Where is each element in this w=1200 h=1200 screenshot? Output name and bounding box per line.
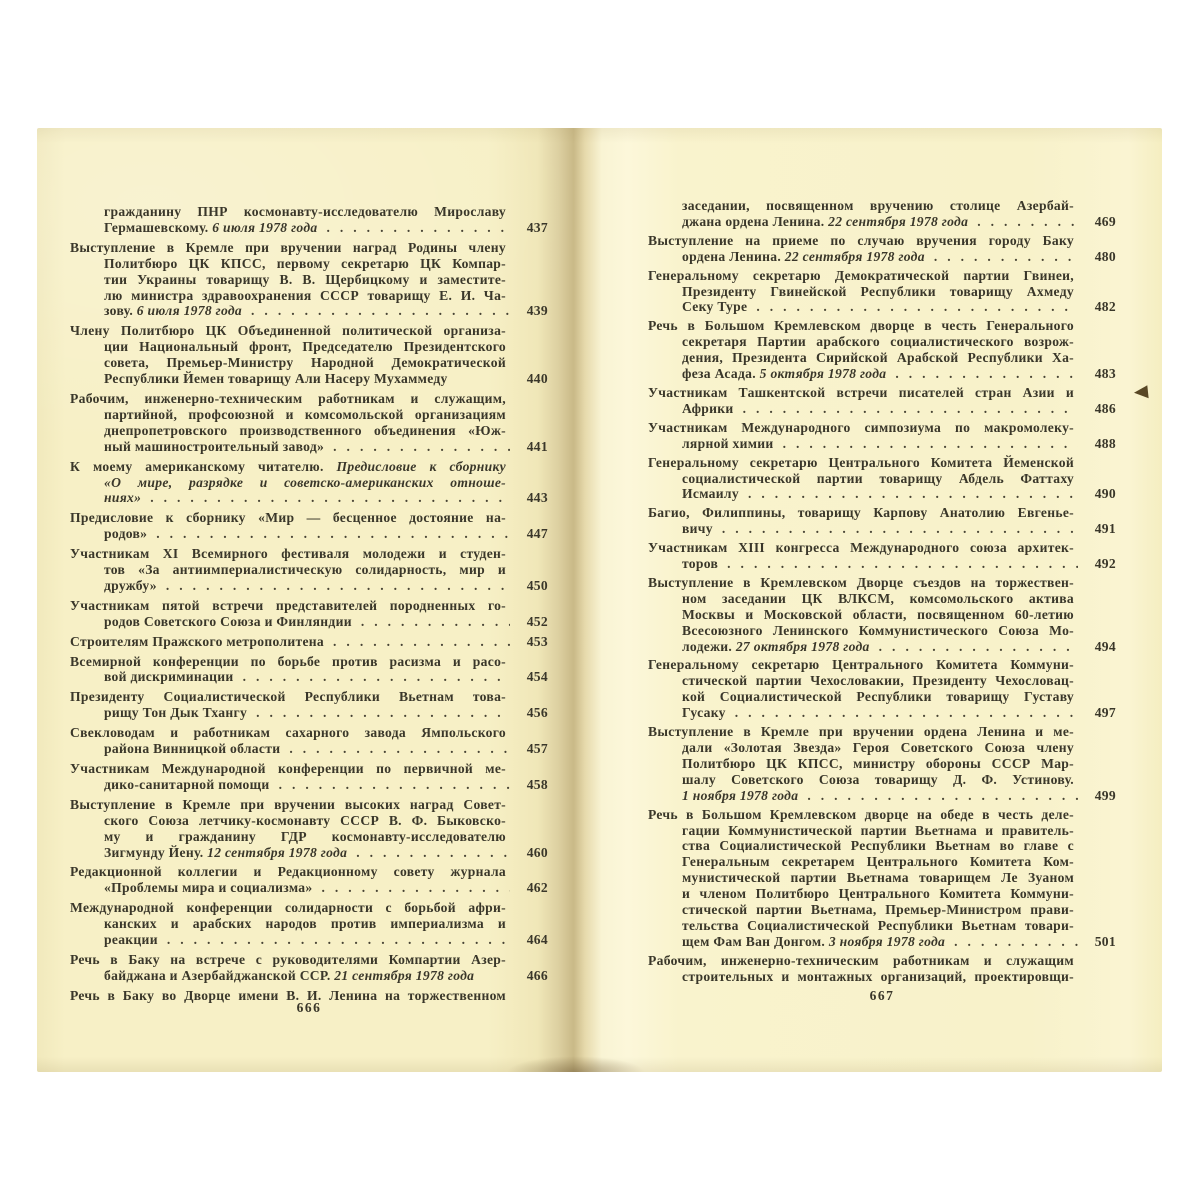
toc-line: ства Социалистической Республики Вьетнам…	[682, 838, 1074, 854]
toc-line: гражданину ПНР космонавту-исследователю …	[104, 204, 506, 220]
toc-line: стической партии Чехословакии, Президент…	[682, 673, 1074, 689]
toc-line: социалистической партии товарищу Абдель …	[682, 471, 1074, 487]
text-segment: Гусаку	[682, 705, 726, 720]
toc-page-ref: 450	[512, 578, 548, 594]
toc-line: Выступление в Кремле при вручении высоки…	[104, 797, 506, 813]
toc-page-ref: 486	[1080, 401, 1116, 417]
toc-line: родов Советского Союза и Финляндии......…	[104, 614, 548, 630]
toc-line: партийной, профсоюзной и комсомольской о…	[104, 407, 506, 423]
text-segment: Рабочим, инженерно-техническим работника…	[648, 953, 1074, 968]
toc-entry: Рабочим, инженерно-техническим работника…	[70, 391, 548, 455]
dot-leader: ..................................	[977, 214, 1078, 230]
toc-line: Москвы и Московской области, посвященном…	[682, 607, 1074, 623]
toc-line-text: родов»	[104, 526, 147, 542]
toc-entry: Выступление в Кремле при вручении наград…	[70, 240, 548, 320]
toc-line: Участникам Международного симпозиума по …	[682, 420, 1074, 436]
toc-line: Выступление в Кремле при вручении наград…	[104, 240, 506, 256]
text-segment: «Проблемы мира и социализма»	[104, 880, 313, 895]
toc-line: торов..................................4…	[682, 556, 1116, 572]
italic-segment: 3 ноября 1978 года	[829, 934, 945, 949]
dot-leader: ..................................	[156, 526, 510, 542]
toc-line: тии Украины товарищу В. В. Щербицкому и …	[104, 272, 506, 288]
toc-page-ref: 466	[512, 968, 548, 984]
toc-page-ref: 490	[1080, 486, 1116, 502]
toc-line: му и гражданину ГДР космонавту-исследова…	[104, 829, 506, 845]
toc-entry: Выступление в Кремле при вручении ордена…	[648, 724, 1116, 804]
text-segment: ордена Ленина.	[682, 249, 785, 264]
toc-line: Зигмунду Йену. 12 сентября 1978 года....…	[104, 845, 548, 861]
text-segment: вичу	[682, 521, 713, 536]
text-segment: Выступление в Кремлевском Дворце съездов…	[648, 575, 1074, 590]
toc-page-ref: 460	[512, 845, 548, 861]
toc-line: Республики Йемен товарищу Али Насеру Мух…	[104, 371, 548, 387]
dot-leader: ..................................	[326, 220, 510, 236]
text-segment: Редакционной коллегии и Редакционному со…	[70, 864, 506, 879]
toc-line-text: реакции	[104, 932, 158, 948]
toc-entry: Строителям Пражского метрополитена......…	[70, 634, 548, 650]
toc-line: Политбюро ЦК КПСС, первому секретарю ЦК …	[104, 256, 506, 272]
text-segment: родов Советского Союза и Финляндии	[104, 614, 352, 629]
text-segment: ства Социалистической Республики Вьетнам…	[682, 838, 1074, 853]
text-segment: К моему американскому читателю.	[70, 459, 337, 474]
text-segment: социалистической партии товарищу Абдель …	[682, 471, 1074, 486]
text-segment: строительных и монтажных организаций, пр…	[682, 969, 1074, 984]
dot-leader: ..................................	[783, 436, 1078, 452]
toc-line: тельства Социалистической Республики Вье…	[682, 918, 1074, 934]
scan-background: { "colors": { "paper": "#f7f0c6", "ink":…	[0, 0, 1200, 1200]
toc-entry: Генеральному секретарю Центрального Коми…	[648, 657, 1116, 721]
toc-page-ref: 443	[512, 490, 548, 506]
text-segment: Исмаилу	[682, 486, 739, 501]
toc-left-page: гражданину ПНР космонавту-исследователю …	[70, 204, 548, 1004]
text-segment: совета, Премьер-Министру Народной Демокр…	[104, 355, 506, 370]
toc-line-text: лодежи. 27 октября 1978 года	[682, 639, 870, 655]
italic-segment: ниях»	[104, 490, 141, 505]
toc-entry: Участникам XI Всемирного фестиваля молод…	[70, 546, 548, 594]
toc-line: вичу..................................49…	[682, 521, 1116, 537]
text-segment: днепропетровского производственного объе…	[104, 423, 506, 438]
toc-entry: Участникам пятой встречи представителей …	[70, 598, 548, 630]
toc-line: тов «За антиимпериалистическую солидарно…	[104, 562, 506, 578]
toc-line: мунистической партии Вьетнама товарищем …	[682, 870, 1074, 886]
toc-line-text: 1 ноября 1978 года	[682, 788, 798, 804]
toc-page-ref: 488	[1080, 436, 1116, 452]
toc-line: секретаря Партии арабского социалистичес…	[682, 334, 1074, 350]
text-segment: лю министра здравоохранения СССР товарищ…	[104, 288, 506, 303]
toc-entry: Члену Политбюро ЦК Объединенной политиче…	[70, 323, 548, 387]
toc-line: «О мире, разрядке и советско-американски…	[104, 475, 506, 491]
italic-segment: 22 сентября 1978 года	[828, 214, 968, 229]
toc-page-ref: 458	[512, 777, 548, 793]
toc-entry: Свекловодам и работникам сахарного завод…	[70, 725, 548, 757]
text-segment: Выступление в Кремле при вручении ордена…	[648, 724, 1074, 739]
text-segment: Багио, Филиппины, товарищу Карпову Анато…	[648, 505, 1074, 520]
text-segment: щем Фам Ван Донгом.	[682, 934, 829, 949]
text-segment: байджана и Азербайджанской ССР.	[104, 968, 334, 983]
text-segment: дали «Золотая Звезда» Героя Советского С…	[682, 740, 1074, 755]
toc-page-ref: 469	[1080, 214, 1116, 230]
text-segment: и членом Политбюро Центрального Комитета…	[682, 886, 1074, 901]
toc-line: Речь в Баку на встрече с руководителями …	[104, 952, 506, 968]
italic-segment: 22 сентября 1978 года	[785, 249, 925, 264]
toc-line: и членом Политбюро Центрального Комитета…	[682, 886, 1074, 902]
text-segment: Международной конференции солидарности с…	[70, 900, 506, 915]
toc-page-ref: 494	[1080, 639, 1116, 655]
text-segment: стической партии Вьетнама, Премьер-Минис…	[682, 902, 1074, 917]
toc-line: Выступление на приеме по случаю вручения…	[682, 233, 1074, 249]
toc-line-text: Зигмунду Йену. 12 сентября 1978 года	[104, 845, 347, 861]
toc-page-ref: 457	[512, 741, 548, 757]
text-segment: Генеральному секретарю Демократической п…	[648, 268, 1074, 283]
toc-line: Международной конференции солидарности с…	[104, 900, 506, 916]
toc-entry: Генеральному секретарю Демократической п…	[648, 268, 1116, 316]
toc-line: Президенту Социалистической Республики В…	[104, 689, 506, 705]
toc-line: Участникам Международной конференции по …	[104, 761, 506, 777]
toc-line: ордена Ленина. 22 сентября 1978 года....…	[682, 249, 1116, 265]
italic-segment: 5 октября 1978 года	[760, 366, 887, 381]
text-segment: дико-санитарной помощи	[104, 777, 270, 792]
italic-segment: «О мире, разрядке и советско-американски…	[104, 475, 506, 490]
text-segment: лодежи.	[682, 639, 736, 654]
italic-segment: 6 июля 1978 года	[212, 220, 317, 235]
toc-line: джана ордена Ленина. 22 сентября 1978 го…	[682, 214, 1116, 230]
toc-entry: Редакционной коллегии и Редакционному со…	[70, 864, 548, 896]
dot-leader: ..................................	[807, 788, 1078, 804]
toc-line: лю министра здравоохранения СССР товарищ…	[104, 288, 506, 304]
dot-leader: ..................................	[356, 845, 510, 861]
toc-right-page: заседании, посвященном вручению столице …	[648, 198, 1116, 985]
toc-line-text: феза Асада. 5 октября 1978 года	[682, 366, 886, 382]
dot-leader: ..................................	[879, 639, 1078, 655]
text-segment: вой дискриминации	[104, 669, 234, 684]
italic-segment: 6 июля 1978 года	[137, 303, 242, 318]
toc-page-ref: 447	[512, 526, 548, 542]
toc-line: Участникам XI Всемирного фестиваля молод…	[104, 546, 506, 562]
toc-line: дения, Президента Сирийской Арабской Рес…	[682, 350, 1074, 366]
toc-line-text: лярной химии	[682, 436, 774, 452]
toc-entry: Выступление на приеме по случаю вручения…	[648, 233, 1116, 265]
toc-line: Члену Политбюро ЦК Объединенной политиче…	[104, 323, 506, 339]
text-segment: Генеральному секретарю Центрального Коми…	[648, 455, 1074, 470]
dot-leader: ..................................	[743, 401, 1078, 417]
toc-line: реакции.................................…	[104, 932, 548, 948]
toc-line: Выступление в Кремле при вручении ордена…	[682, 724, 1074, 740]
toc-line: лодежи. 27 октября 1978 года............…	[682, 639, 1116, 655]
toc-line: феза Асада. 5 октября 1978 года.........…	[682, 366, 1116, 382]
text-segment: му и гражданину ГДР космонавту-исследова…	[104, 829, 506, 844]
toc-line: байджана и Азербайджанской ССР. 21 сентя…	[104, 968, 548, 984]
toc-line: канских и арабских народов против импери…	[104, 916, 506, 932]
toc-page-ref: 437	[512, 220, 548, 236]
toc-line: кой Социалистической Республики товарищу…	[682, 689, 1074, 705]
text-segment: Речь в Баку на встрече с руководителями …	[70, 952, 506, 967]
toc-line-text: джана ордена Ленина. 22 сентября 1978 го…	[682, 214, 968, 230]
text-segment: Выступление на приеме по случаю вручения…	[648, 233, 1074, 248]
toc-line: лярной химии............................…	[682, 436, 1116, 452]
toc-page-ref: 462	[512, 880, 548, 896]
toc-line: Генеральному секретарю Центрального Коми…	[682, 657, 1074, 673]
toc-line: района Винницкой области................…	[104, 741, 548, 757]
toc-page-ref: 482	[1080, 299, 1116, 315]
toc-line: Генеральному секретарю Демократической п…	[682, 268, 1074, 284]
dot-leader: ..................................	[166, 578, 510, 594]
italic-segment: Предисловие к сборнику	[337, 459, 507, 474]
toc-line: дали «Золотая Звезда» Героя Советского С…	[682, 740, 1074, 756]
toc-entry: Выступление в Кремлевском Дворце съездов…	[648, 575, 1116, 655]
toc-page-ref: 483	[1080, 366, 1116, 382]
dot-leader: ..................................	[289, 741, 510, 757]
text-segment: Республики Йемен товарищу Али Насеру Мух…	[104, 371, 448, 386]
toc-line: Всемирной конференции по борьбе против р…	[104, 654, 506, 670]
toc-line-text: байджана и Азербайджанской ССР. 21 сентя…	[104, 968, 474, 984]
toc-entry: Участникам Ташкентской встречи писателей…	[648, 385, 1116, 417]
toc-entry: Участникам XIII конгресса Международного…	[648, 540, 1116, 572]
toc-line: зову. 6 июля 1978 года..................…	[104, 303, 548, 319]
text-segment: Политбюро ЦК КПСС, первому секретарю ЦК …	[104, 256, 506, 271]
text-segment: канских и арабских народов против импери…	[104, 916, 506, 931]
toc-line-text: вичу	[682, 521, 713, 537]
toc-page-ref: 464	[512, 932, 548, 948]
toc-line-text: ниях»	[104, 490, 141, 506]
text-segment: джана ордена Ленина.	[682, 214, 828, 229]
text-segment: Секу Туре	[682, 299, 747, 314]
toc-line: Гермашевскому. 6 июля 1978 года.........…	[104, 220, 548, 236]
toc-entry: Багио, Филиппины, товарищу Карпову Анато…	[648, 505, 1116, 537]
toc-page-ref: 441	[512, 439, 548, 455]
toc-line: Президенту Гвинейской Республики товарищ…	[682, 284, 1074, 300]
toc-line: днепропетровского производственного объе…	[104, 423, 506, 439]
toc-entry: К моему американскому читателю. Предисло…	[70, 459, 548, 507]
text-segment: Всемирной конференции по борьбе против р…	[70, 654, 506, 669]
toc-line-text: щем Фам Ван Донгом. 3 ноября 1978 года	[682, 934, 945, 950]
toc-line: Выступление в Кремлевском Дворце съездов…	[682, 575, 1074, 591]
toc-entry: Выступление в Кремле при вручении высоки…	[70, 797, 548, 861]
text-segment: Предисловие к сборнику «Мир — бесценное …	[70, 510, 506, 525]
text-segment: гражданину ПНР космонавту-исследователю …	[104, 204, 506, 219]
toc-line: ниях»..................................4…	[104, 490, 548, 506]
text-segment: ный машиностроительный завод»	[104, 439, 324, 454]
toc-line: гации Коммунистической партии Вьетнама и…	[682, 823, 1074, 839]
text-segment: торов	[682, 556, 718, 571]
toc-entry: Речь в Баку на встрече с руководителями …	[70, 952, 548, 984]
text-segment: Гермашевскому.	[104, 220, 212, 235]
italic-segment: 27 октября 1978 года	[736, 639, 870, 654]
text-segment: Участникам XI Всемирного фестиваля молод…	[70, 546, 506, 561]
margin-arrow-icon	[1133, 385, 1148, 399]
toc-line: Речь в Большом Кремлевском дворце на обе…	[682, 807, 1074, 823]
toc-page-ref: 480	[1080, 249, 1116, 265]
toc-line: ный машиностроительный завод»...........…	[104, 439, 548, 455]
text-segment: Выступление в Кремле при вручении высоки…	[70, 797, 506, 812]
text-segment: зову.	[104, 303, 137, 318]
dot-leader: ..................................	[361, 614, 510, 630]
toc-line: Гусаку..................................…	[682, 705, 1116, 721]
text-segment: Генеральным секретарем Центрального Коми…	[682, 854, 1074, 869]
dot-leader: ..................................	[722, 521, 1078, 537]
dot-leader: ..................................	[727, 556, 1078, 572]
text-segment: Африки	[682, 401, 734, 416]
text-segment: Президенту Социалистической Республики В…	[70, 689, 506, 704]
toc-line: Всесоюзного Ленинского Коммунистического…	[682, 623, 1074, 639]
toc-line: заседании, посвященном вручению столице …	[682, 198, 1074, 214]
dot-leader: ..................................	[322, 880, 511, 896]
text-segment: лярной химии	[682, 436, 774, 451]
toc-page-ref: 453	[512, 634, 548, 650]
text-segment: района Винницкой области	[104, 741, 280, 756]
dot-leader: ..................................	[748, 486, 1078, 502]
toc-entry: гражданину ПНР космонавту-исследователю …	[70, 204, 548, 236]
text-segment: ского Союза летчику-космонавту СССР В. Ф…	[104, 813, 506, 828]
toc-line: Багио, Филиппины, товарищу Карпову Анато…	[682, 505, 1074, 521]
dot-leader: ..................................	[279, 777, 510, 793]
text-segment: тии Украины товарищу В. В. Щербицкому и …	[104, 272, 506, 287]
text-segment: Участникам Международного симпозиума по …	[648, 420, 1074, 435]
dot-leader: ..................................	[333, 439, 510, 455]
toc-line: Строителям Пражского метрополитена......…	[70, 634, 548, 650]
toc-page-ref: 497	[1080, 705, 1116, 721]
text-segment: Участникам пятой встречи представителей …	[70, 598, 506, 613]
toc-line-text: «Проблемы мира и социализма»	[104, 880, 313, 896]
text-segment: Всесоюзного Ленинского Коммунистического…	[682, 623, 1074, 638]
toc-line-text: Гусаку	[682, 705, 726, 721]
text-segment: Свекловодам и работникам сахарного завод…	[70, 725, 506, 740]
toc-line: Исмаилу.................................…	[682, 486, 1116, 502]
dot-leader: ..................................	[251, 303, 510, 319]
text-segment: Участникам XIII конгресса Международного…	[648, 540, 1074, 555]
dot-leader: ..................................	[954, 934, 1078, 950]
toc-line: Свекловодам и работникам сахарного завод…	[104, 725, 506, 741]
text-segment: Строителям Пражского метрополитена	[70, 634, 324, 649]
text-segment: Зигмунду Йену.	[104, 845, 207, 860]
page-number-left: 666	[70, 1000, 548, 1016]
text-segment: мунистической партии Вьетнама товарищем …	[682, 870, 1074, 885]
toc-page-ref: 491	[1080, 521, 1116, 537]
text-segment: тельства Социалистической Республики Вье…	[682, 918, 1074, 933]
toc-line: Предисловие к сборнику «Мир — бесценное …	[104, 510, 506, 526]
toc-line: Рабочим, инженерно-техническим работника…	[104, 391, 506, 407]
toc-line-text: торов	[682, 556, 718, 572]
toc-line: ции Национальный фронт, Председателю Пре…	[104, 339, 506, 355]
toc-line-text: дико-санитарной помощи	[104, 777, 270, 793]
text-segment: ном заседании ЦК ВЛКСМ, комсомольского а…	[682, 591, 1074, 606]
toc-line: Речь в Большом Кремлевском дворце в чест…	[682, 318, 1074, 334]
toc-line: Рабочим, инженерно-техническим работника…	[682, 953, 1074, 969]
dot-leader: ..................................	[167, 932, 510, 948]
text-segment: Рабочим, инженерно-техническим работника…	[70, 391, 506, 406]
text-segment: Участникам Ташкентской встречи писателей…	[648, 385, 1074, 400]
toc-page-ref: 501	[1080, 934, 1116, 950]
toc-line: 1 ноября 1978 года......................…	[682, 788, 1116, 804]
text-segment: гации Коммунистической партии Вьетнама и…	[682, 823, 1074, 838]
toc-line: Секу Туре...............................…	[682, 299, 1116, 315]
toc-line: Генеральному секретарю Центрального Коми…	[682, 455, 1074, 471]
dot-leader: ..................................	[895, 366, 1078, 382]
toc-line-text: Гермашевскому. 6 июля 1978 года	[104, 220, 317, 236]
toc-page-ref: 456	[512, 705, 548, 721]
text-segment: родов»	[104, 526, 147, 541]
text-segment: рищу Тон Дык Тхангу	[104, 705, 247, 720]
text-segment: шалу Советского Союза товарищу Д. Ф. Уст…	[682, 772, 1074, 787]
toc-line: К моему американскому читателю. Предисло…	[104, 459, 506, 475]
text-segment: Москвы и Московской области, посвященном…	[682, 607, 1074, 622]
dot-leader: ..................................	[333, 634, 510, 650]
text-segment: ции Национальный фронт, Председателю Пре…	[104, 339, 506, 354]
toc-entry: Международной конференции солидарности с…	[70, 900, 548, 948]
toc-entry: Всемирной конференции по борьбе против р…	[70, 654, 548, 686]
text-segment: тов «За антиимпериалистическую солидарно…	[104, 562, 506, 577]
toc-entry: Участникам Международной конференции по …	[70, 761, 548, 793]
toc-line-text: ордена Ленина. 22 сентября 1978 года	[682, 249, 925, 265]
toc-line: дружбу».................................…	[104, 578, 548, 594]
toc-line: Участникам XIII конгресса Международного…	[682, 540, 1074, 556]
dot-leader: ..................................	[934, 249, 1078, 265]
toc-line-text: рищу Тон Дык Тхангу	[104, 705, 247, 721]
toc-line: Африки..................................…	[682, 401, 1116, 417]
toc-entry: заседании, посвященном вручению столице …	[648, 198, 1116, 230]
text-segment: Участникам Международной конференции по …	[70, 761, 506, 776]
toc-line: рищу Тон Дык Тхангу.....................…	[104, 705, 548, 721]
toc-entry: Президенту Социалистической Республики В…	[70, 689, 548, 721]
toc-line: ном заседании ЦК ВЛКСМ, комсомольского а…	[682, 591, 1074, 607]
page-number-right: 667	[648, 988, 1116, 1004]
toc-entry: Участникам Международного симпозиума по …	[648, 420, 1116, 452]
toc-line: Генеральным секретарем Центрального Коми…	[682, 854, 1074, 870]
toc-line-text: Африки	[682, 401, 734, 417]
toc-line-text: района Винницкой области	[104, 741, 280, 757]
dot-leader: ..................................	[735, 705, 1078, 721]
toc-line: Участникам пятой встречи представителей …	[104, 598, 506, 614]
text-segment: Президенту Гвинейской Республики товарищ…	[682, 284, 1074, 299]
toc-line: «Проблемы мира и социализма»............…	[104, 880, 548, 896]
toc-line: стической партии Вьетнама, Премьер-Минис…	[682, 902, 1074, 918]
text-segment: Выступление в Кремле при вручении наград…	[70, 240, 506, 255]
text-segment: стической партии Чехословакии, Президент…	[682, 673, 1074, 688]
italic-segment: 1 ноября 1978 года	[682, 788, 798, 803]
toc-line: Редакционной коллегии и Редакционному со…	[104, 864, 506, 880]
toc-page-ref: 454	[512, 669, 548, 685]
text-segment: Политбюро ЦК КПСС, министру обороны СССР…	[682, 756, 1074, 771]
toc-page-ref: 499	[1080, 788, 1116, 804]
toc-entry: Предисловие к сборнику «Мир — бесценное …	[70, 510, 548, 542]
toc-line: ского Союза летчику-космонавту СССР В. Ф…	[104, 813, 506, 829]
toc-line: родов»..................................…	[104, 526, 548, 542]
text-segment: Речь в Большом Кремлевском дворце на обе…	[648, 807, 1074, 822]
text-segment: феза Асада.	[682, 366, 760, 381]
toc-line: Политбюро ЦК КПСС, министру обороны СССР…	[682, 756, 1074, 772]
text-segment: кой Социалистической Республики товарищу…	[682, 689, 1074, 704]
toc-line: вой дискриминации.......................…	[104, 669, 548, 685]
toc-entry: Речь в Большом Кремлевском дворце на обе…	[648, 807, 1116, 950]
dot-leader: ..................................	[243, 669, 510, 685]
toc-line: щем Фам Ван Донгом. 3 ноября 1978 года..…	[682, 934, 1116, 950]
text-segment: дружбу»	[104, 578, 157, 593]
toc-line-text: дружбу»	[104, 578, 157, 594]
toc-line-text: Секу Туре	[682, 299, 747, 315]
book-spread: гражданину ПНР космонавту-исследователю …	[37, 128, 1162, 1072]
toc-page-ref: 439	[512, 303, 548, 319]
text-segment: секретаря Партии арабского социалистичес…	[682, 334, 1074, 349]
text-segment: Генеральному секретарю Центрального Коми…	[648, 657, 1074, 672]
toc-entry: Рабочим, инженерно-техническим работника…	[648, 953, 1116, 985]
toc-page-ref: 440	[512, 371, 548, 387]
dot-leader: ..................................	[756, 299, 1078, 315]
dot-leader: ..................................	[256, 705, 510, 721]
toc-line-text: Строителям Пражского метрополитена	[70, 634, 324, 650]
toc-entry: Генеральному секретарю Центрального Коми…	[648, 455, 1116, 503]
toc-line-text: зову. 6 июля 1978 года	[104, 303, 242, 319]
toc-page-ref: 492	[1080, 556, 1116, 572]
toc-line: дико-санитарной помощи..................…	[104, 777, 548, 793]
